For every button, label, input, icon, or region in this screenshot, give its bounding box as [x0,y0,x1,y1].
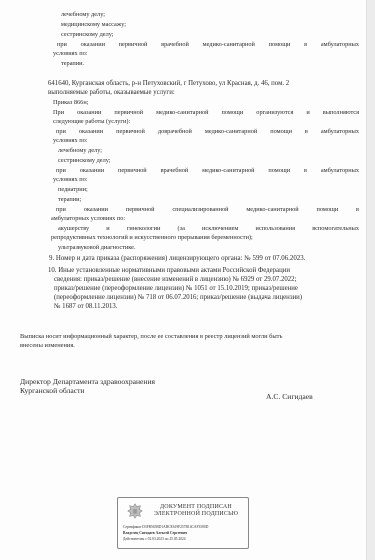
page-edge [366,0,375,560]
certificate-owner: Владелец Сигидаев Алексей Сергеевич [123,531,187,535]
paragraph-line: При оказании первичной медико-санитарной… [53,109,359,117]
signer-title: Курганской области [20,386,84,395]
list-item: акушерству и гинекологии (за исключением… [58,225,359,233]
condition-line: при оказании первичной врачебной медико-… [56,167,359,175]
item-10-line: № 1687 от 08.11.2013. [54,303,118,311]
item-9: 9. Номер и дата приказа (распоряжения) л… [49,255,305,263]
certificate-number: Сертификат D3FB565BD1ABCE619F257B14CAF35… [123,525,208,529]
list-item: терапии; [58,196,81,204]
order-line: Приказ 866н; [53,99,88,107]
signer-title: Директор Департамента здравоохранения [20,377,155,386]
condition-line: условиях по: [53,137,87,145]
works-header: выполняемые работы, оказываемые услуги: [48,89,175,97]
paragraph-line: следующие работы (услуги): [53,118,130,126]
condition-line: при оказании первичной специализированно… [56,206,359,214]
condition-line: условиях по: [53,176,87,184]
document-page: лечебному делу; медицинскому массажу; се… [0,0,366,560]
condition-line: условиях по: [53,50,87,58]
list-item: сестринскому делу; [61,31,114,39]
list-item: педиатрии; [58,186,88,194]
list-item: терапии. [61,60,84,68]
item-10-line: приказ/решение (переоформление лицензии)… [54,285,298,293]
list-item: ультразвуковой диагностике. [58,244,136,252]
coat-of-arms-icon [126,502,144,520]
list-item: лечебному делу; [58,147,102,155]
condition-line: при оказании первичной доврачебной медик… [56,128,359,136]
stamp-title-line: ДОКУМЕНТ ПОДПИСАН [148,504,244,511]
list-item: сестринскому делу; [58,157,111,165]
condition-line: амбулаторных условиях по: [51,215,125,223]
note-line: внесены изменения. [20,342,75,350]
address: 641640, Курганская область, р-н Петуховс… [48,80,289,88]
list-item: медицинскому массажу; [61,21,126,29]
stamp-title: ДОКУМЕНТ ПОДПИСАН ЭЛЕКТРОННОЙ ПОДПИСЬЮ [148,504,244,518]
note-line: Выписка носит информационный характер, п… [20,333,282,341]
electronic-signature-stamp: ДОКУМЕНТ ПОДПИСАН ЭЛЕКТРОННОЙ ПОДПИСЬЮ С… [117,497,249,549]
item-10-line: сведения: приказ/решение (внесение измен… [54,276,296,284]
list-item: лечебному делу; [61,11,105,19]
condition-line: при оказании первичной врачебной медико-… [57,41,359,49]
signer-name: А.С. Сигидаев [266,392,313,401]
item-10-line: (переоформление лицензии) № 718 от 06.07… [54,294,302,302]
list-item: репродуктивных технологий и искусственно… [51,234,253,242]
item-10-line: 10. Иные установленные нормативными прав… [48,267,290,275]
certificate-validity: Действителен с 02.03.2023 по 25.05.2024 [123,537,186,541]
stamp-title-line: ЭЛЕКТРОННОЙ ПОДПИСЬЮ [148,511,244,518]
